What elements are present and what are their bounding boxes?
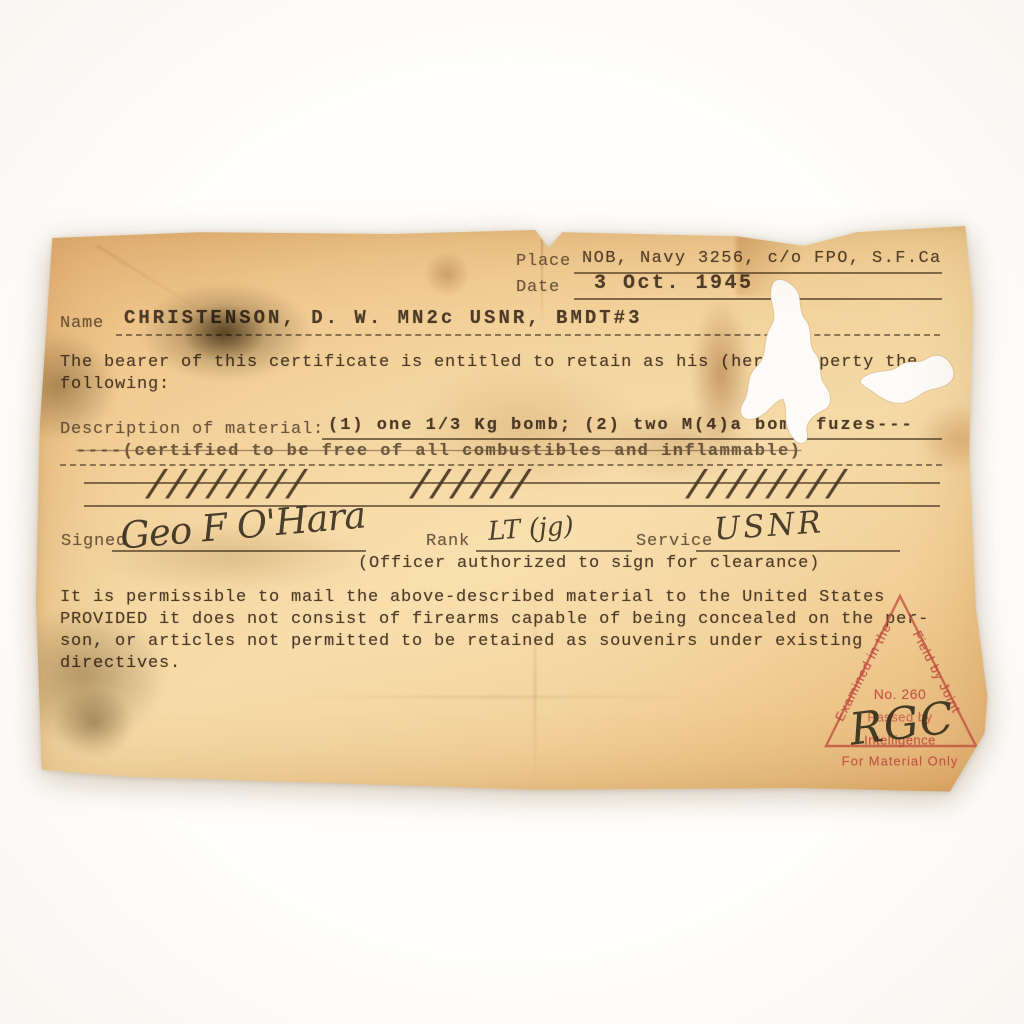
bearer-paragraph-line1: The bearer of this certificate is entitl… <box>60 353 918 372</box>
stain-bottom-left-2 <box>54 688 134 758</box>
name-value: CHRISTENSON, D. W. MN2c USNR, BMDT#3 <box>124 307 642 329</box>
rank-label: Rank <box>426 532 470 551</box>
description-value: (1) one 1/3 Kg bomb; (2) two M(4)a bomb … <box>328 416 914 435</box>
name-underline <box>116 334 940 336</box>
service-handwriting: USNR <box>713 504 825 548</box>
certified-line: ----(certified to be free of all combust… <box>76 442 802 461</box>
mail-paragraph-line2: PROVIDED it does not consist of firearms… <box>60 610 929 629</box>
photo-of-document: { "doc": { "place_label": "Place", "plac… <box>0 0 1024 1024</box>
certificate-paper: Place NOB, Navy 3256, c/o FPO, S.F.Ca Da… <box>36 226 996 796</box>
hatch-marks-2: ////// <box>406 466 531 511</box>
place-value: NOB, Navy 3256, c/o FPO, S.F.Ca <box>582 249 942 268</box>
bearer-paragraph-line2: following: <box>60 375 170 394</box>
date-label: Date <box>516 278 560 297</box>
description-underline <box>322 438 942 440</box>
stain-top-center <box>424 252 470 296</box>
mail-paragraph-line4: directives. <box>60 654 181 673</box>
place-label: Place <box>516 252 571 271</box>
mail-paragraph-line1: It is permissible to mail the above-desc… <box>60 588 885 607</box>
description-label: Description of material: <box>60 420 324 439</box>
service-label: Service <box>636 532 713 551</box>
rank-underline <box>476 550 632 552</box>
crease-lower <box>286 696 706 698</box>
rank-handwriting: LT (jg) <box>487 511 575 547</box>
name-label: Name <box>60 314 104 333</box>
date-underline <box>574 298 942 300</box>
officer-authorization-note: (Officer authorized to sign for clearanc… <box>358 554 820 573</box>
stamp-footer-text: For Material Only <box>842 754 959 769</box>
date-value: 3 Oct. 1945 <box>594 272 754 295</box>
service-underline <box>696 550 900 552</box>
paper-surface: Place NOB, Navy 3256, c/o FPO, S.F.Ca Da… <box>36 226 996 796</box>
mail-paragraph-line3: son, or articles not permitted to be ret… <box>60 632 863 651</box>
signed-label: Signed <box>61 532 127 551</box>
